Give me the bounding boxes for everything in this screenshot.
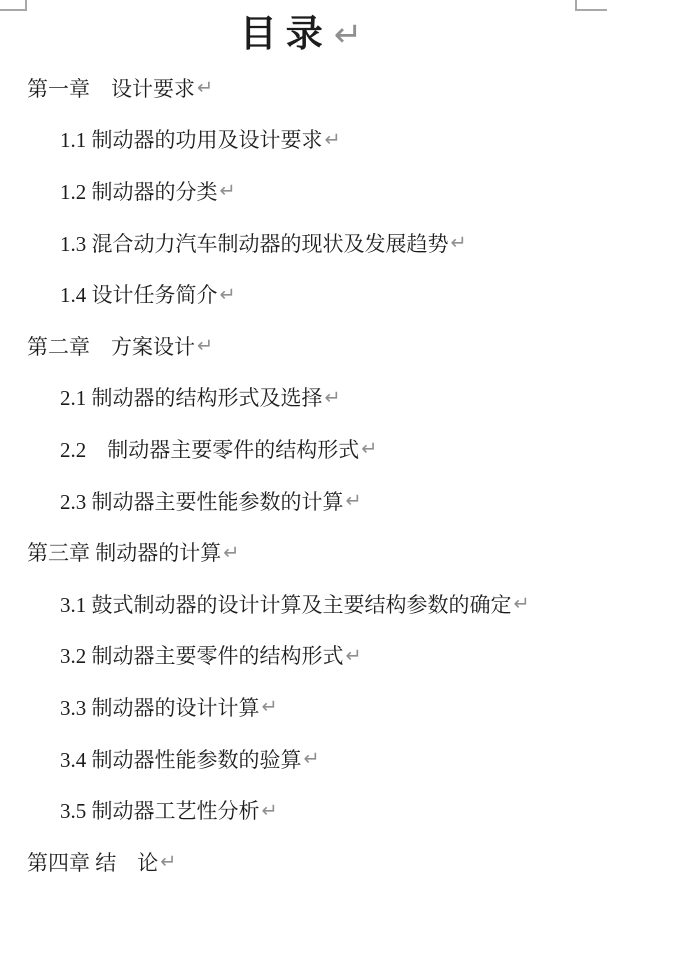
- toc-entry-text: 第四章 结 论: [27, 847, 158, 877]
- toc-entry[interactable]: 1.4 设计任务简介↵: [25, 268, 577, 320]
- toc-entry-text: 3.4 制动器性能参数的验算: [60, 744, 302, 774]
- toc-entry-text: 第三章 制动器的计算: [27, 537, 221, 567]
- paragraph-mark-icon: ↵: [334, 15, 363, 55]
- document-page[interactable]: 目录↵ 第一章 设计要求↵1.1 制动器的功用及设计要求↵1.2 制动器的分类↵…: [0, 0, 684, 961]
- toc-entry[interactable]: 第一章 设计要求↵: [25, 62, 577, 114]
- toc-entry[interactable]: 3.2 制动器主要零件的结构形式↵: [25, 630, 577, 682]
- toc-entry[interactable]: 2.3 制动器主要性能参数的计算↵: [25, 475, 577, 527]
- paragraph-mark-icon: ↵: [220, 179, 236, 202]
- paragraph-mark-icon: ↵: [346, 644, 362, 667]
- paragraph-mark-icon: ↵: [262, 799, 278, 822]
- toc-entry[interactable]: 1.1 制动器的功用及设计要求↵: [25, 114, 577, 166]
- paragraph-mark-icon: ↵: [223, 541, 239, 564]
- paragraph-mark-icon: ↵: [160, 850, 176, 873]
- paragraph-mark-icon: ↵: [220, 283, 236, 306]
- page-content: 目录↵ 第一章 设计要求↵1.1 制动器的功用及设计要求↵1.2 制动器的分类↵…: [25, 0, 577, 888]
- page-title-text: 目录: [240, 14, 332, 55]
- margin-crop-mark-left: [0, 0, 27, 11]
- paragraph-mark-icon: ↵: [451, 231, 467, 254]
- toc-entry[interactable]: 3.5 制动器工艺性分析↵: [25, 784, 577, 836]
- toc-entry[interactable]: 1.3 混合动力汽车制动器的现状及发展趋势↵: [25, 217, 577, 269]
- toc-entry[interactable]: 3.4 制动器性能参数的验算↵: [25, 733, 577, 785]
- toc-list: 第一章 设计要求↵1.1 制动器的功用及设计要求↵1.2 制动器的分类↵1.3 …: [25, 62, 577, 888]
- toc-entry-text: 1.1 制动器的功用及设计要求: [60, 124, 323, 154]
- paragraph-mark-icon: ↵: [325, 128, 341, 151]
- toc-entry[interactable]: 3.3 制动器的设计计算↵: [25, 681, 577, 733]
- toc-entry-text: 第一章 设计要求: [27, 73, 195, 103]
- toc-entry[interactable]: 第三章 制动器的计算↵: [25, 526, 577, 578]
- paragraph-mark-icon: ↵: [262, 695, 278, 718]
- paragraph-mark-icon: ↵: [304, 747, 320, 770]
- paragraph-mark-icon: ↵: [197, 76, 213, 99]
- toc-entry-text: 2.3 制动器主要性能参数的计算: [60, 486, 344, 516]
- toc-entry-text: 3.1 鼓式制动器的设计计算及主要结构参数的确定: [60, 589, 512, 619]
- toc-entry[interactable]: 1.2 制动器的分类↵: [25, 165, 577, 217]
- toc-entry-text: 2.2 制动器主要零件的结构形式: [60, 434, 359, 464]
- toc-entry-text: 2.1 制动器的结构形式及选择: [60, 382, 323, 412]
- toc-entry-text: 1.4 设计任务简介: [60, 279, 218, 309]
- paragraph-mark-icon: ↵: [346, 489, 362, 512]
- paragraph-mark-icon: ↵: [325, 386, 341, 409]
- toc-entry[interactable]: 3.1 鼓式制动器的设计计算及主要结构参数的确定↵: [25, 578, 577, 630]
- toc-entry-text: 第二章 方案设计: [27, 331, 195, 361]
- paragraph-mark-icon: ↵: [361, 437, 377, 460]
- toc-entry[interactable]: 2.1 制动器的结构形式及选择↵: [25, 372, 577, 424]
- toc-entry[interactable]: 第二章 方案设计↵: [25, 320, 577, 372]
- toc-entry-text: 3.5 制动器工艺性分析: [60, 795, 260, 825]
- page-title: 目录↵: [25, 0, 577, 62]
- paragraph-mark-icon: ↵: [197, 334, 213, 357]
- toc-entry-text: 1.2 制动器的分类: [60, 176, 218, 206]
- toc-entry-text: 3.2 制动器主要零件的结构形式: [60, 640, 344, 670]
- toc-entry-text: 3.3 制动器的设计计算: [60, 692, 260, 722]
- paragraph-mark-icon: ↵: [514, 592, 530, 615]
- margin-crop-mark-right: [575, 0, 607, 11]
- toc-entry-text: 1.3 混合动力汽车制动器的现状及发展趋势: [60, 228, 449, 258]
- toc-entry[interactable]: 2.2 制动器主要零件的结构形式↵: [25, 423, 577, 475]
- toc-entry[interactable]: 第四章 结 论↵: [25, 836, 577, 888]
